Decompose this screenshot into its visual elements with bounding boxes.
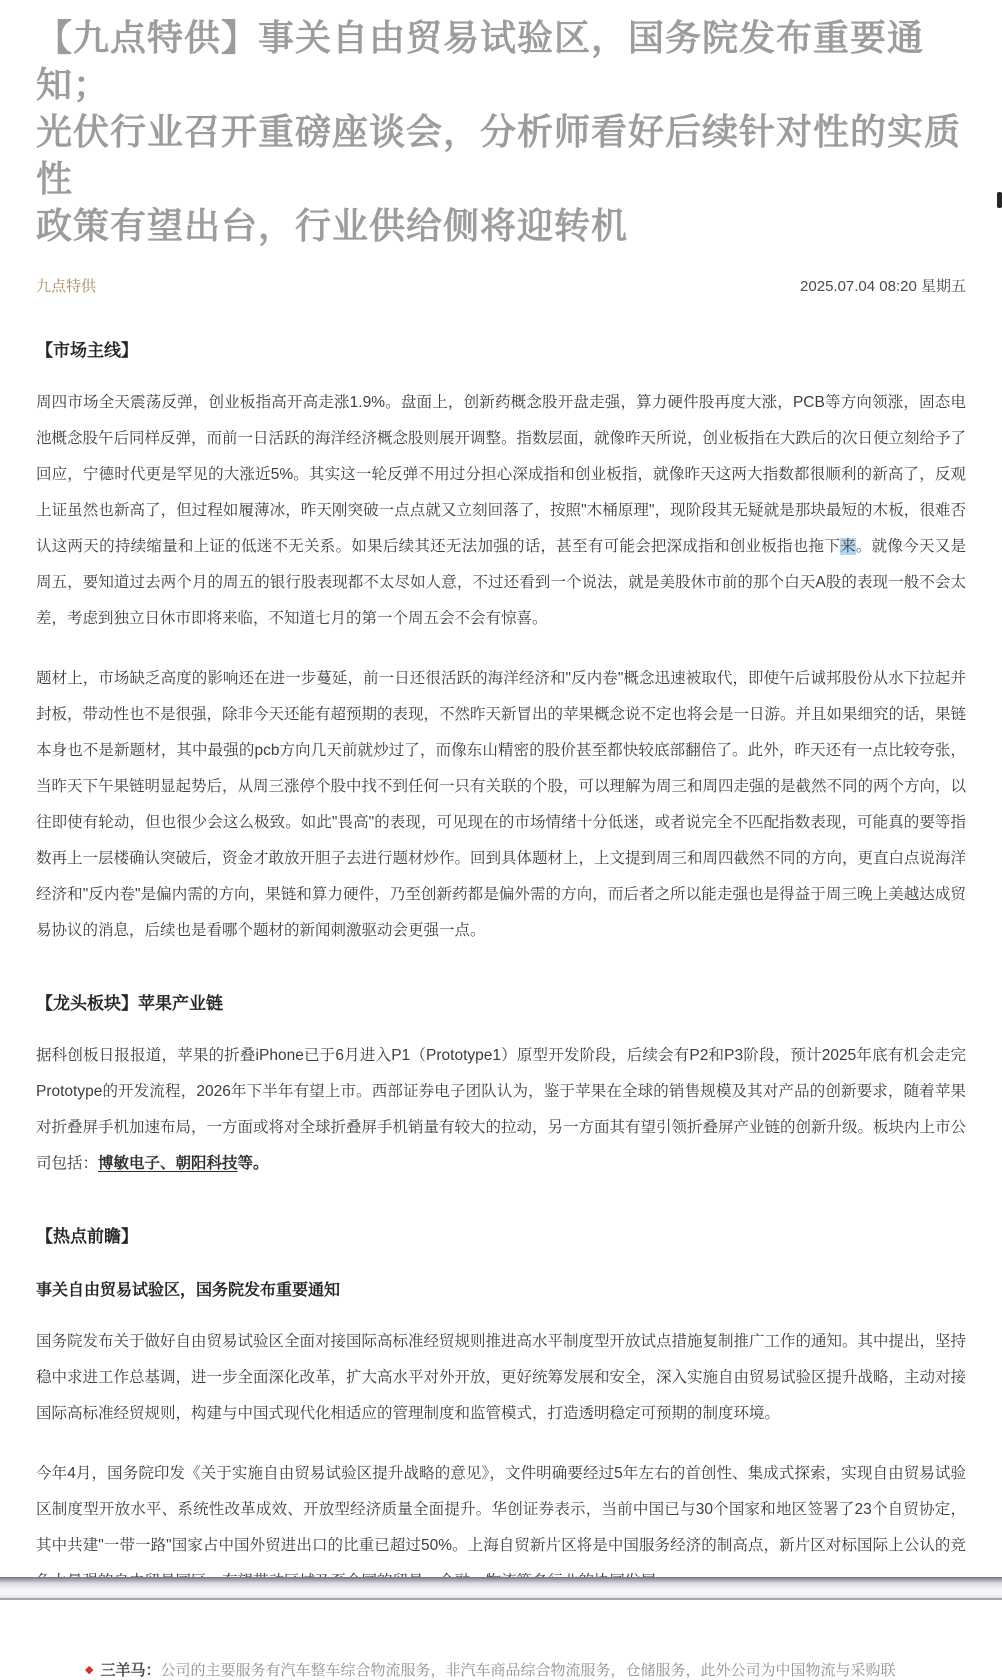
leader-paragraph: 据科创板日报报道，苹果的折叠iPhone已于6月进入P1（Prototype1）… bbox=[36, 1038, 966, 1182]
article-content: 【九点特供】事关自由贸易试验区，国务院发布重要通知； 光伏行业召开重磅座谈会，分… bbox=[0, 14, 1002, 1600]
next-article-preview: ◆三羊马：公司的主要服务有汽车整车综合物流服务，非汽车商品综合物流服务，仓储服务… bbox=[0, 1577, 1002, 1680]
publish-datetime: 2025.07.04 08:20 星期五 bbox=[800, 275, 966, 296]
stock-links[interactable]: 博敏电子、朝阳科技 bbox=[98, 1155, 238, 1172]
section-heading-leader: 【龙头板块】苹果产业链 bbox=[36, 989, 966, 1014]
footer-stock-note: ◆三羊马：公司的主要服务有汽车整车综合物流服务，非汽车商品综合物流服务，仓储服务… bbox=[85, 1658, 966, 1680]
footer-stock-text: 公司的主要服务有汽车整车综合物流服务，非汽车商品综合物流服务，仓储服务，此外公司… bbox=[160, 1662, 895, 1679]
section-heading-hotspot: 【热点前瞻】 bbox=[36, 1222, 966, 1247]
byline-row: 九点特供 2025.07.04 08:20 星期五 bbox=[36, 275, 966, 296]
section-heading-market: 【市场主线】 bbox=[36, 336, 966, 361]
article-page: 【九点特供】事关自由贸易试验区，国务院发布重要通知； 光伏行业召开重磅座谈会，分… bbox=[0, 0, 1002, 1680]
hotspot-subheading: 事关自由贸易试验区，国务院发布重要通知 bbox=[36, 1277, 966, 1300]
article-title: 【九点特供】事关自由贸易试验区，国务院发布重要通知； 光伏行业召开重磅座谈会，分… bbox=[36, 14, 966, 249]
byline-source: 九点特供 bbox=[36, 275, 96, 296]
scrollbar-thumb[interactable] bbox=[997, 192, 1002, 208]
market-paragraph-1-pre: 周四市场全天震荡反弹，创业板指高开高走涨1.9%。盘面上，创新药概念股开盘走强，… bbox=[36, 394, 966, 555]
section-divider bbox=[0, 1577, 1002, 1600]
market-paragraph-1: 周四市场全天震荡反弹，创业板指高开高走涨1.9%。盘面上，创新药概念股开盘走强，… bbox=[36, 385, 966, 637]
leader-paragraph-post: 等。 bbox=[238, 1155, 269, 1172]
red-bullet-icon: ◆ bbox=[85, 1664, 93, 1676]
market-paragraph-2: 题材上，市场缺乏高度的影响还在进一步蔓延，前一日还很活跃的海洋经济和"反内卷"概… bbox=[36, 661, 966, 949]
leader-paragraph-pre: 据科创板日报报道，苹果的折叠iPhone已于6月进入P1（Prototype1）… bbox=[36, 1047, 966, 1172]
footer-stock-name: 三羊马： bbox=[100, 1662, 160, 1679]
selected-text: 来 bbox=[840, 538, 856, 555]
hotspot-paragraph-1: 国务院发布关于做好自由贸易试验区全面对接国际高标准经贸规则推进高水平制度型开放试… bbox=[36, 1324, 966, 1432]
